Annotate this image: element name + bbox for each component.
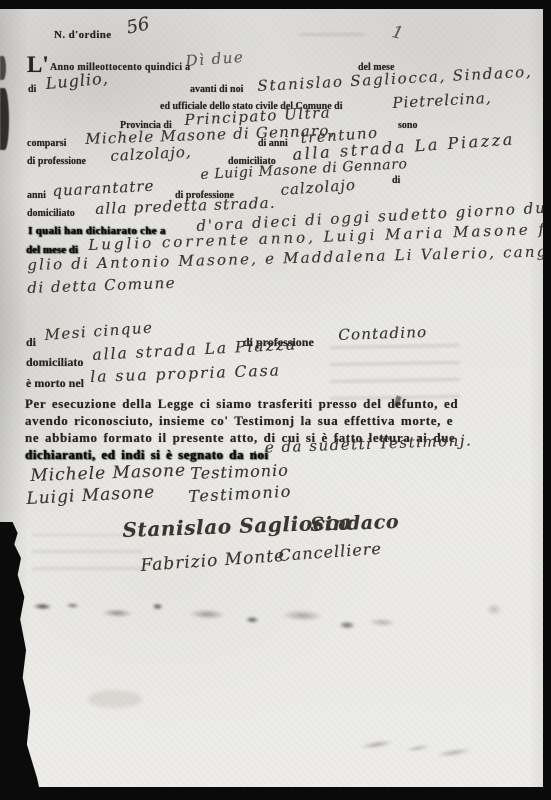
printed-di-professione-1: di professione [27,157,86,167]
printed-domiciliato-3: domiciliato [26,356,83,368]
scanned-civil-record-page: N. d'ordine 56 1 L' Anno milleottocento … [0,0,551,800]
signature-mayor-role: Sindaco [310,513,399,535]
handwritten-witness1-profession: calzolajo, [110,145,192,164]
handwritten-witness2-profession: calzolajo [280,178,356,198]
order-number-label: N. d'ordine [54,30,112,41]
handwritten-deceased-age: Mesi cinque [44,320,154,343]
handwritten-day: Dì due [185,50,245,69]
scan-border-bottom [0,787,551,800]
printed-di-anni: di anni [258,139,288,149]
scan-border-top [0,0,551,9]
printed-di-2: di [392,176,400,186]
printed-domiciliato-2: domiciliato [27,209,75,219]
handwritten-official-name: Stanislao Sagliocca, Sindaco, [257,65,533,94]
handwritten-month: Luglio, [45,70,109,91]
page-number-mark: 1 [390,24,405,43]
handwritten-comune: Pietrelcina, [392,91,492,111]
handwritten-place-of-death: la sua propria Casa [90,363,281,385]
signature-witness2-name: Luigi Masone [26,484,156,508]
signature-witness1-role: Testimonio [190,463,289,482]
scan-edge-mark-upper [0,88,9,150]
printed-anni: anni [27,191,46,201]
signature-witness2-role: Testimonio [188,484,292,505]
printed-sono: sono [398,121,417,131]
printed-formula-line1: Per esecuzione della Legge ci siamo tras… [25,397,458,410]
scan-edge-mark-top [0,56,6,80]
order-number-value: 56 [125,15,151,37]
handwritten-deceased-address: alla strada La Piazza [92,337,297,363]
printed-formula-line2: avendo riconosciuto, insieme co' Testimo… [25,414,453,427]
dropcap-L: L' [27,53,49,76]
printed-di: di [28,85,36,95]
printed-formula-line4: dichiaranti, ed indi si è segnato da noi [25,448,268,461]
printed-di-3: di [26,336,36,348]
signature-clerk-role: Cancelliere [278,541,382,564]
signature-clerk-name: Fabrizio Monte [140,548,286,575]
printed-avanti-di-noi: avanti di noi [190,85,243,95]
signature-witness1-name: Michele Masone [30,463,186,485]
printed-e-morto-nel: è morto nel [26,377,84,389]
handwritten-witness2-age: quarantatre [52,179,155,199]
handwritten-deceased-profession: Contadino [338,325,428,343]
handwritten-deceased-line3: di detta Comune [27,276,176,296]
scan-border-right [543,0,551,800]
document-content: N. d'ordine 56 1 L' Anno milleottocento … [0,0,551,800]
printed-comparsi: comparsi [27,139,66,149]
